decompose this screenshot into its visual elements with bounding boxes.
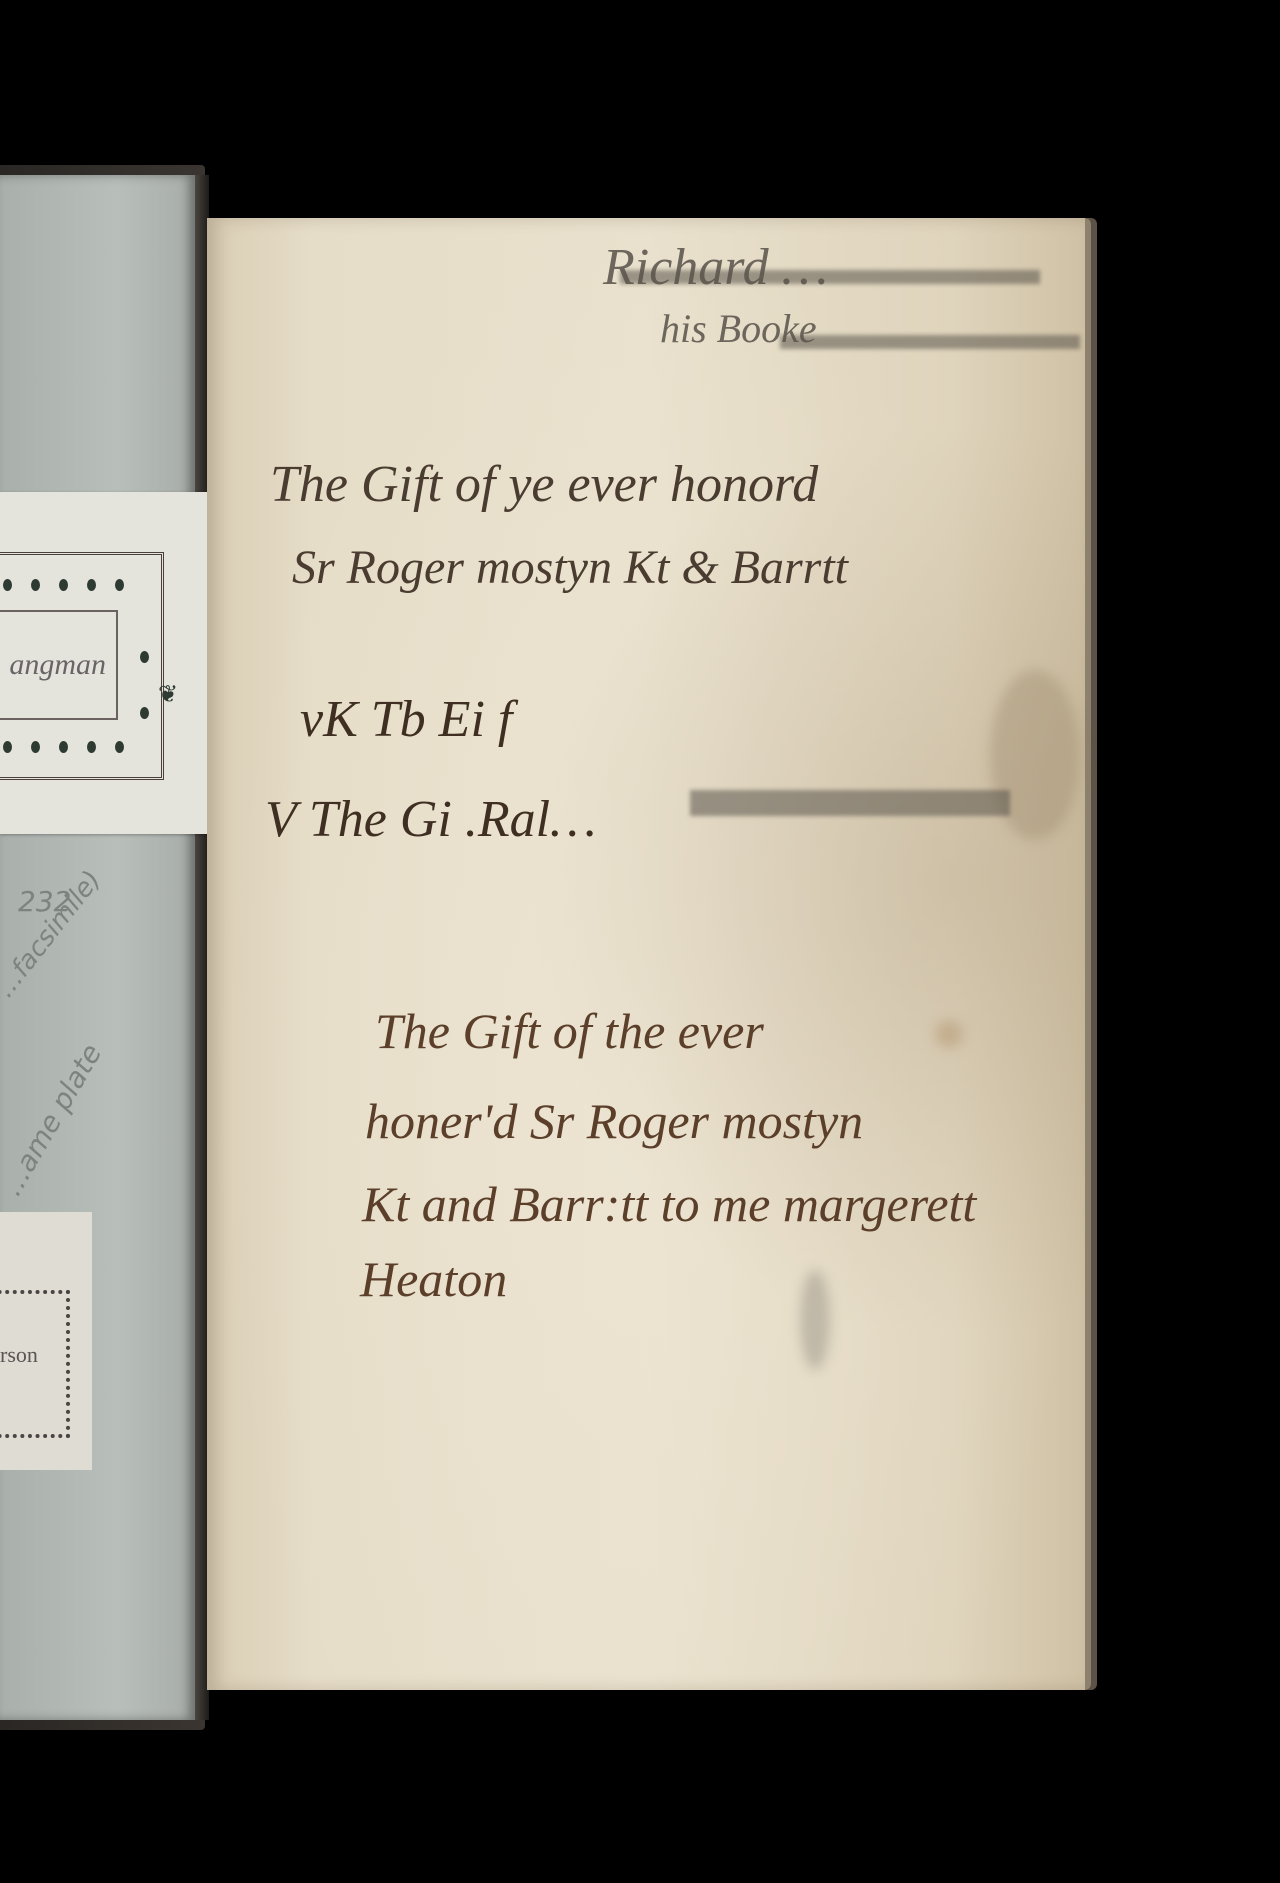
dot-ornament [140,707,149,719]
bookplate-name: angman [9,648,106,682]
inscription-owner-name: Richard … [603,238,828,297]
dot-border-bottom [0,741,133,753]
leaf-sprig-icon: ❦ [158,680,178,709]
gift-inscription-2-line4: Heaton [360,1250,507,1308]
gift-inscription-2-line1: The Gift of the ever [375,1002,764,1060]
gift-inscription-2-line3: Kt and Barr:tt to me margerett [362,1175,976,1233]
bookplate-name-box: angman [0,610,118,720]
bookplate-label-bottom: rson [0,1212,92,1470]
photograph: angman ❦ 232 …facsimile) …ame plate rson… [0,0,1280,1883]
flyleaf-page [207,218,1091,1690]
dot-ornament [140,651,149,663]
bookplate-name: rson [0,1342,38,1368]
gift-inscription-1-line1: The Gift of ye ever honord [270,455,818,514]
strikethrough [780,335,1080,349]
dot-border-top [0,579,133,591]
stain [935,1020,963,1048]
gift-inscription-1-line2: Sr Roger mostyn Kt & Barrtt [292,540,848,595]
bookplate-label-top: angman ❦ [0,492,208,834]
offset-ink-mark [800,1270,830,1370]
smeared-ink [690,790,1010,816]
gift-inscription-2-line2: honer'd Sr Roger mostyn [365,1092,863,1150]
pen-trials-line2: V The Gi .Ral… [265,790,596,849]
strikethrough [620,270,1040,284]
pen-trials-line1: vK Tb Ei f [300,690,512,749]
